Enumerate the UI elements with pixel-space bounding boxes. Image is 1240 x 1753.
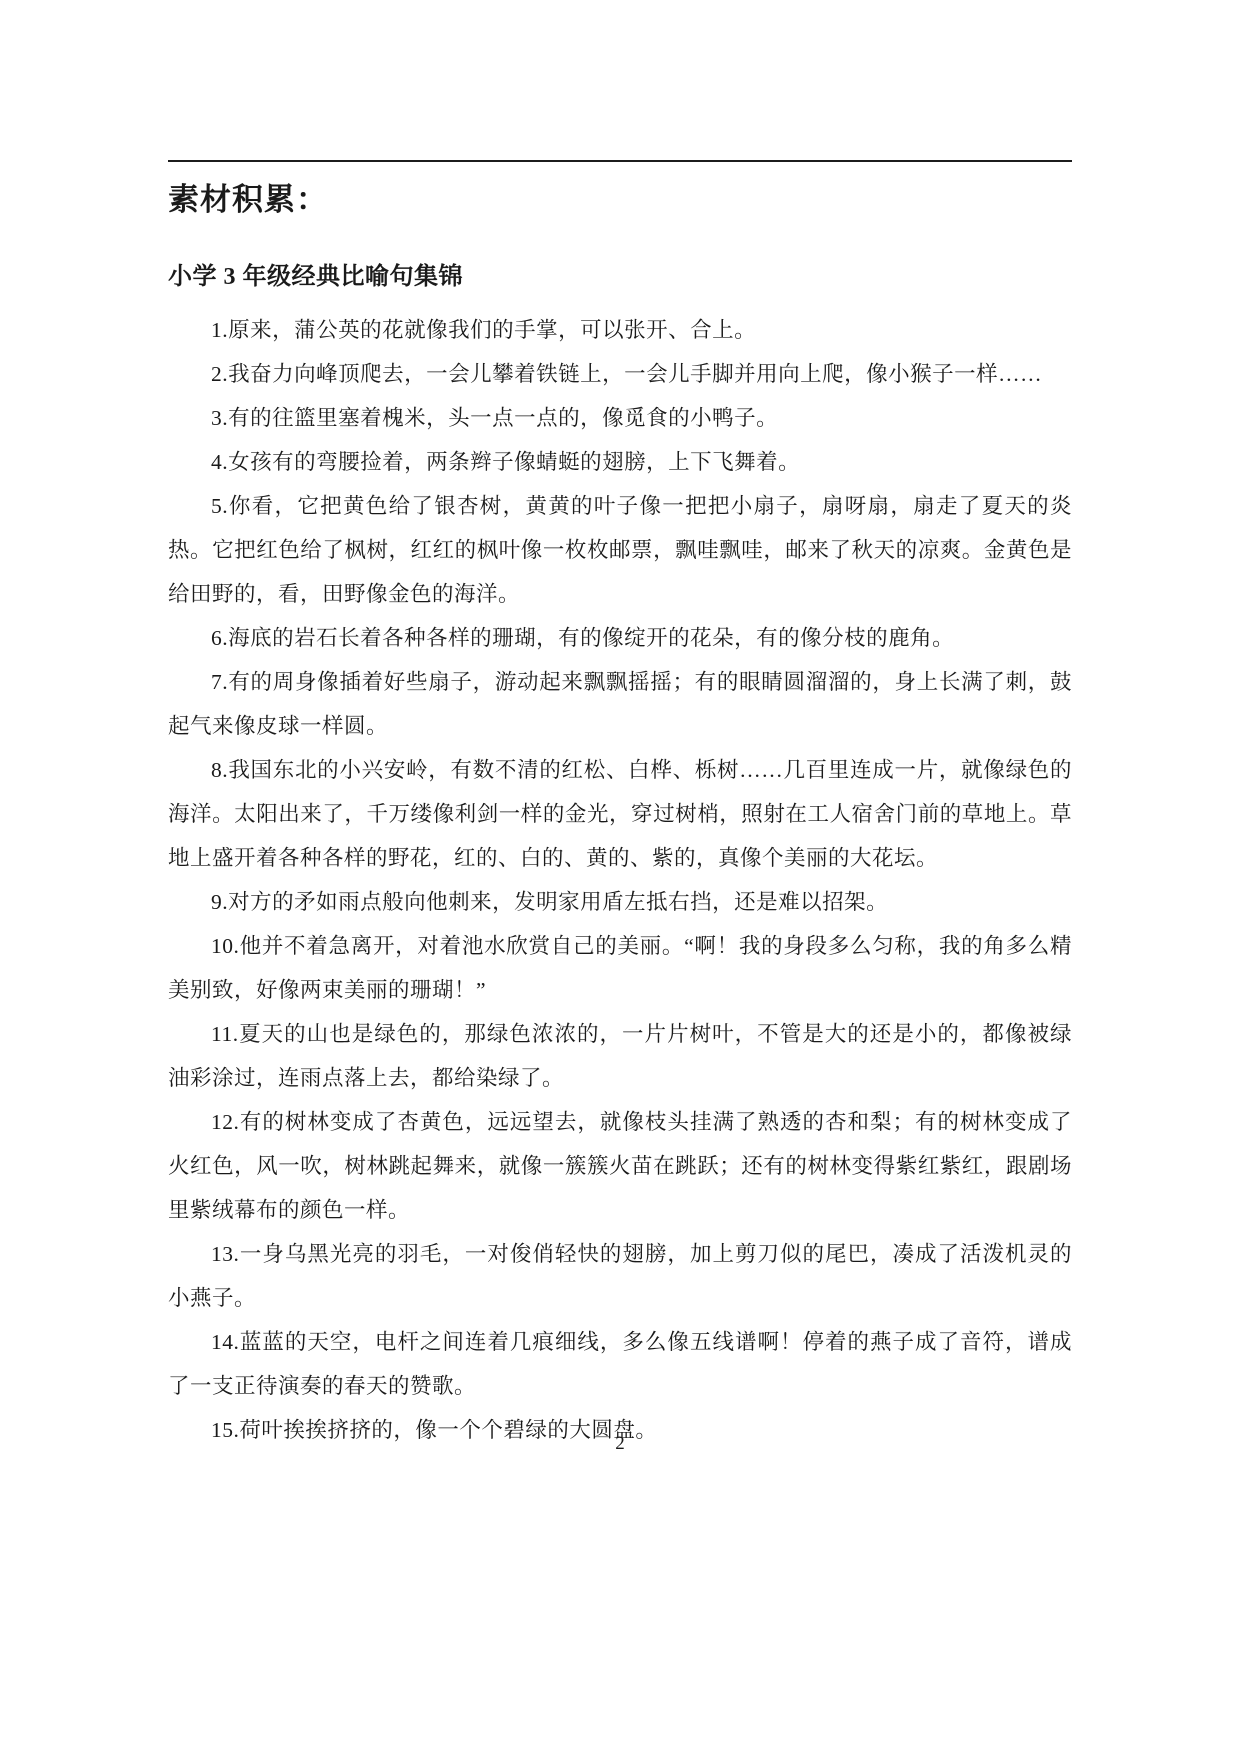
body-paragraph: 6.海底的岩石长着各种各样的珊瑚，有的像绽开的花朵，有的像分枝的鹿角。 — [168, 616, 1072, 660]
body-paragraph: 11.夏天的山也是绿色的，那绿色浓浓的，一片片树叶，不管是大的还是小的，都像被绿… — [168, 1012, 1072, 1100]
body-paragraph: 2.我奋力向峰顶爬去，一会儿攀着铁链上，一会儿手脚并用向上爬，像小猴子一样…… — [168, 352, 1072, 396]
body-paragraph: 4.女孩有的弯腰捡着，两条辫子像蜻蜓的翅膀，上下飞舞着。 — [168, 440, 1072, 484]
body-paragraph: 9.对方的矛如雨点般向他刺来，发明家用盾左抵右挡，还是难以招架。 — [168, 880, 1072, 924]
doc-subtitle: 小学 3 年级经典比喻句集锦 — [168, 264, 1072, 292]
document-page: 素材积累： 小学 3 年级经典比喻句集锦 1.原来，蒲公英的花就像我们的手掌，可… — [0, 0, 1240, 1753]
body-paragraph: 5.你看，它把黄色给了银杏树，黄黄的叶子像一把把小扇子，扇呀扇，扇走了夏天的炎热… — [168, 484, 1072, 616]
body-paragraph: 10.他并不着急离开，对着池水欣赏自己的美丽。“啊！我的身段多么匀称，我的角多么… — [168, 924, 1072, 1012]
body-paragraph: 1.原来，蒲公英的花就像我们的手掌，可以张开、合上。 — [168, 308, 1072, 352]
section-title: 素材积累： — [168, 182, 1072, 218]
paragraph-list: 1.原来，蒲公英的花就像我们的手掌，可以张开、合上。2.我奋力向峰顶爬去，一会儿… — [168, 308, 1072, 1452]
body-paragraph: 13.一身乌黑光亮的羽毛，一对俊俏轻快的翅膀，加上剪刀似的尾巴，凑成了活泼机灵的… — [168, 1232, 1072, 1320]
body-paragraph: 7.有的周身像插着好些扇子，游动起来飘飘摇摇；有的眼睛圆溜溜的，身上长满了刺，鼓… — [168, 660, 1072, 748]
page-number: 2 — [0, 1430, 1240, 1458]
body-paragraph: 8.我国东北的小兴安岭，有数不清的红松、白桦、栎树……几百里连成一片，就像绿色的… — [168, 748, 1072, 880]
body-paragraph: 3.有的往篮里塞着槐米，头一点一点的，像觅食的小鸭子。 — [168, 396, 1072, 440]
page-content: 素材积累： 小学 3 年级经典比喻句集锦 1.原来，蒲公英的花就像我们的手掌，可… — [168, 160, 1072, 1452]
header-rule — [168, 160, 1072, 162]
body-paragraph: 12.有的树林变成了杏黄色，远远望去，就像枝头挂满了熟透的杏和梨；有的树林变成了… — [168, 1100, 1072, 1232]
body-paragraph: 14.蓝蓝的天空，电杆之间连着几痕细线，多么像五线谱啊！停着的燕子成了音符，谱成… — [168, 1320, 1072, 1408]
